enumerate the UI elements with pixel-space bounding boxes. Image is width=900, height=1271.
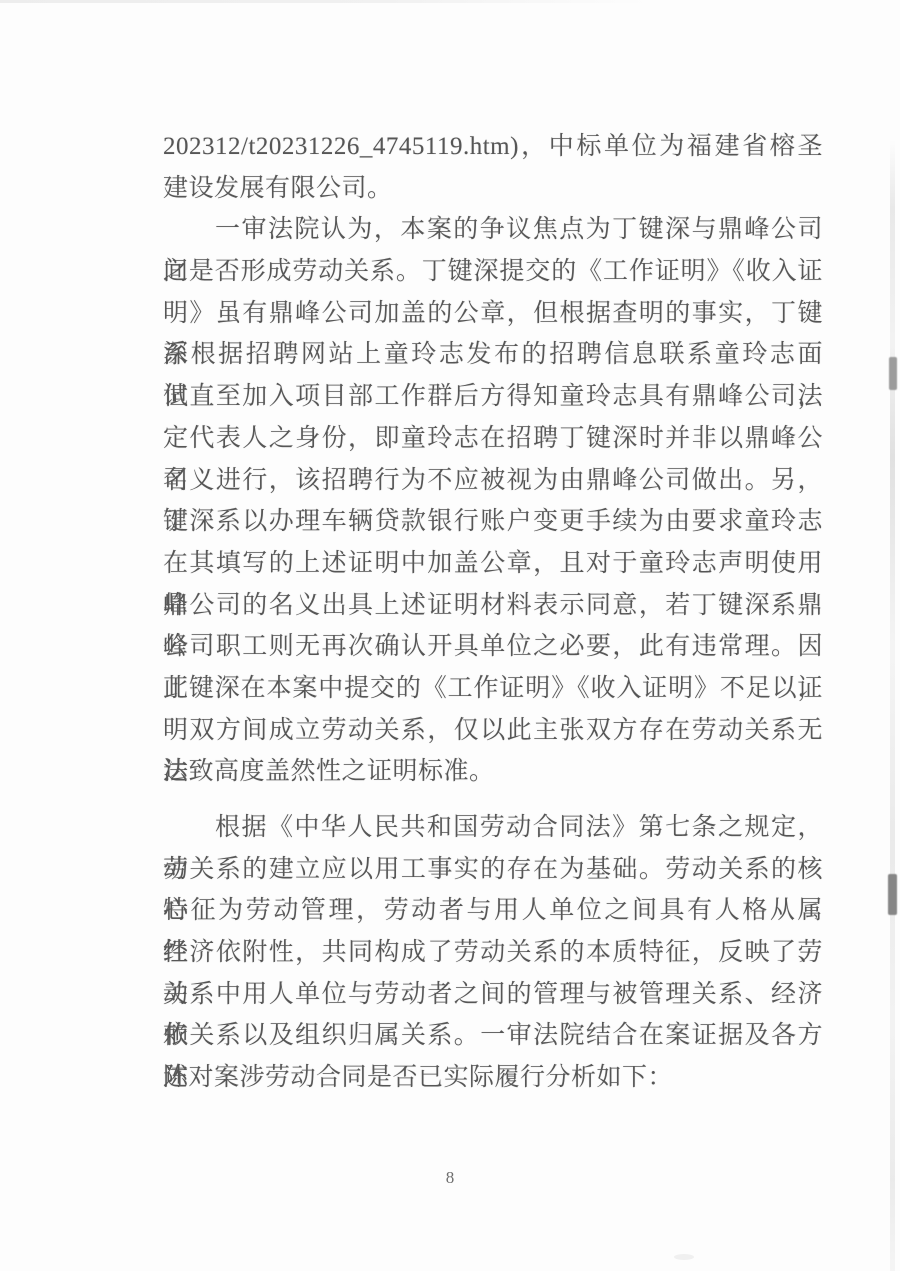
text-line: 明》虽有鼎峰公司加盖的公章，但根据查明的事实，丁键深: [163, 293, 823, 335]
paragraph: 根据《中华人民共和国劳动合同法》第七条之规定，劳动关系的建立应以用工事实的存在为…: [163, 807, 823, 1099]
text-line: 定代表人之身份，即童玲志在招聘丁键深时并非以鼎峰公司: [163, 418, 823, 460]
paragraph: 202312/t20231226_4745119.htm)，中标单位为福建省榕圣…: [163, 126, 823, 209]
text-line: 峰公司的名义出具上述证明材料表示同意，若丁键深系鼎峰: [163, 585, 823, 627]
text-line: 根据《中华人民共和国劳动合同法》第七条之规定，劳: [163, 807, 823, 849]
text-line: 名义进行，该招聘行为不应被视为由鼎峰公司做出。另，丁: [163, 460, 823, 502]
text-line: 202312/t20231226_4745119.htm)，中标单位为福建省榕圣: [163, 126, 823, 168]
text-line: 建设发展有限公司。: [163, 168, 823, 210]
text-block: 202312/t20231226_4745119.htm)，中标单位为福建省榕圣…: [163, 126, 823, 1099]
text-line: 公司职工则无再次确认开具单位之必要，此有违常理。因此，: [163, 626, 823, 668]
scan-artifact-dark-mark: [888, 874, 897, 915]
scan-artifact-top-edge: [0, 0, 648, 3]
text-line: 述对案涉劳动合同是否已实际履行分析如下：: [163, 1057, 823, 1099]
scan-artifact-dark-mark: [889, 357, 897, 390]
text-line: 丁键深在本案中提交的《工作证明》《收入证明》不足以证: [163, 668, 823, 710]
page-number: 8: [0, 1168, 900, 1188]
text-line: 明双方间成立劳动关系，仅以此主张双方存在劳动关系无法: [163, 710, 823, 752]
scan-artifact-smudge: [674, 1254, 694, 1260]
text-line: 动关系的建立应以用工事实的存在为基础。劳动关系的核心: [163, 849, 823, 891]
text-line: 一审法院认为，本案的争议焦点为丁键深与鼎峰公司之: [163, 209, 823, 251]
text-line: 关系中用人单位与劳动者之间的管理与被管理关系、经济依: [163, 974, 823, 1016]
text-line: 在其填写的上述证明中加盖公章，且对于童玲志声明使用鼎: [163, 543, 823, 585]
text-line: 键深系以办理车辆贷款银行账户变更手续为由要求童玲志: [163, 501, 823, 543]
text-line: 但直至加入项目部工作群后方得知童玲志具有鼎峰公司法: [163, 376, 823, 418]
text-line: 赖关系以及组织归属关系。一审法院结合在案证据及各方陈: [163, 1015, 823, 1057]
text-line: 间是否形成劳动关系。丁键深提交的《工作证明》《收入证: [163, 251, 823, 293]
scan-artifact-right-streak: [890, 140, 895, 1271]
scanned-document-page: 202312/t20231226_4745119.htm)，中标单位为福建省榕圣…: [0, 0, 900, 1271]
text-line: 系根据招聘网站上童玲志发布的招聘信息联系童玲志面试，: [163, 334, 823, 376]
text-line: 达致高度盖然性之证明标准。: [163, 751, 823, 793]
text-line: 特征为劳动管理，劳动者与用人单位之间具有人格从属性、: [163, 890, 823, 932]
paragraph: 一审法院认为，本案的争议焦点为丁键深与鼎峰公司之间是否形成劳动关系。丁键深提交的…: [163, 209, 823, 793]
text-line: 经济依附性，共同构成了劳动关系的本质特征，反映了劳动: [163, 932, 823, 974]
